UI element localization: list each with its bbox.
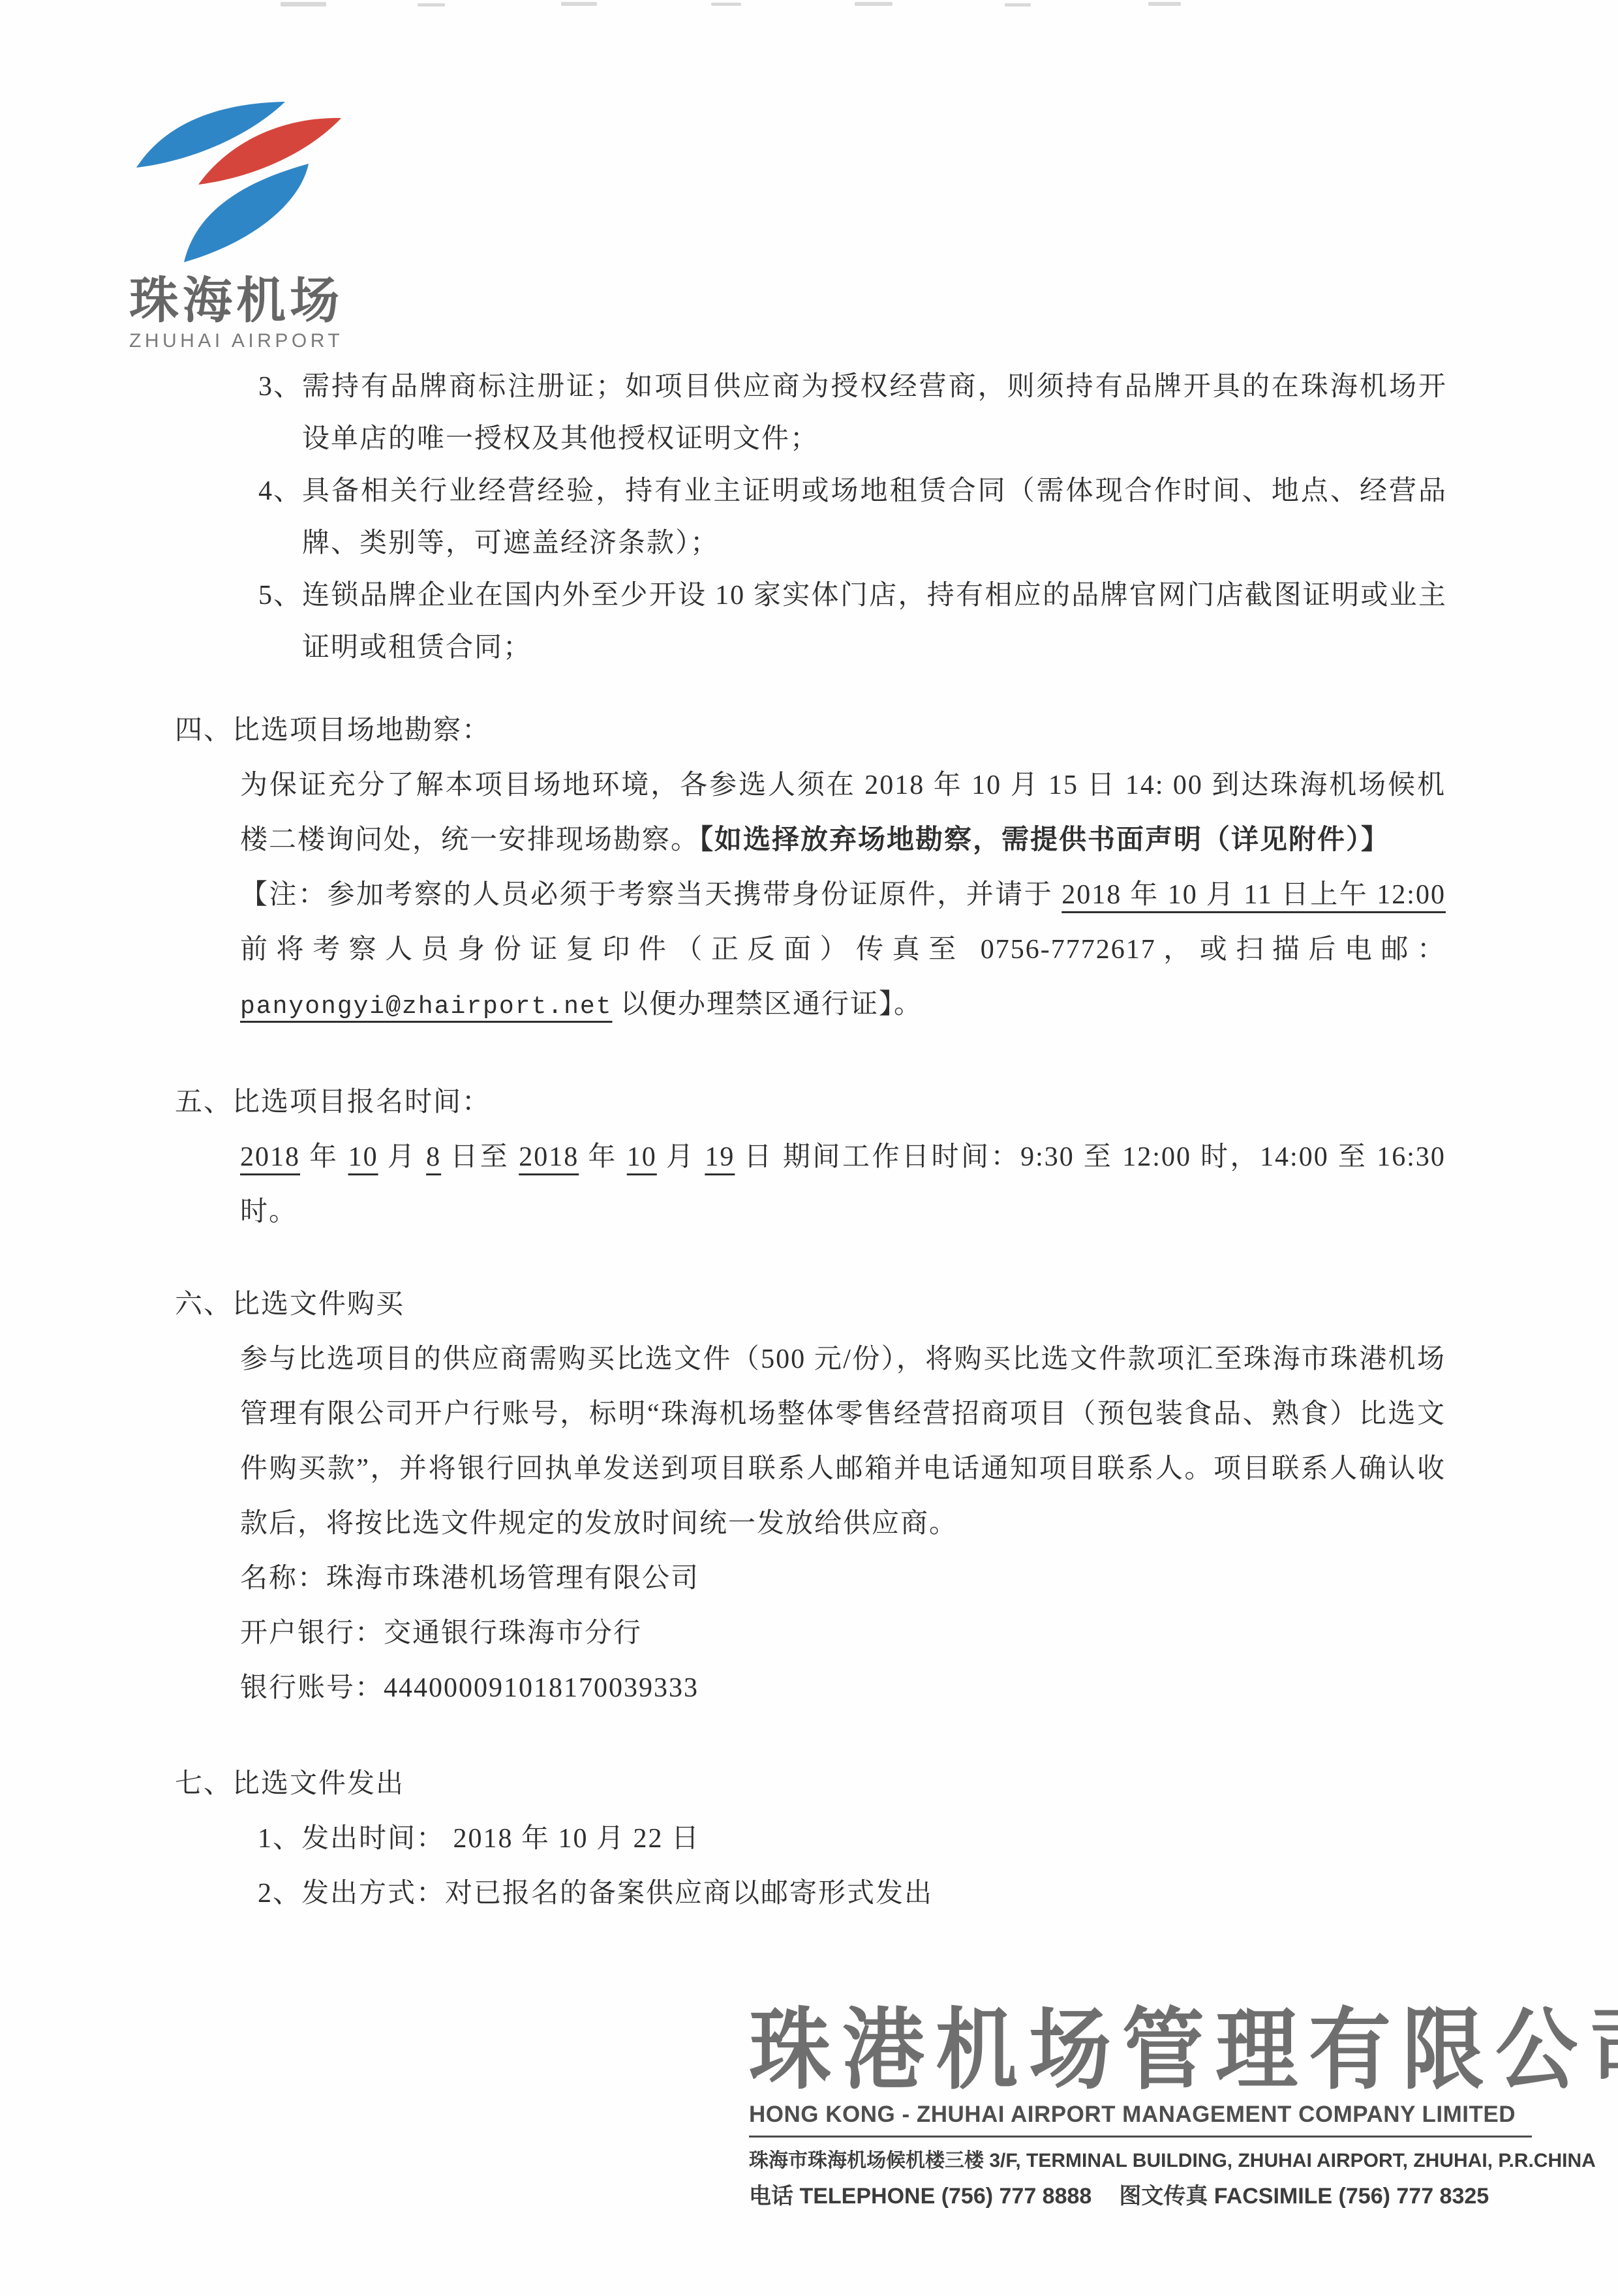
purchase-paragraph: 参与比选项目的供应商需购买比选文件（500 元/份），将购买比选文件款项汇至珠海… — [240, 1332, 1446, 1551]
list-item-text: 需持有品牌商标注册证；如项目供应商为授权经营商，则须持有品牌开具的在珠海机场开设… — [302, 361, 1447, 465]
company-footer: 珠港机场管理有限公司 HONG KONG - ZHUHAI AIRPORT MA… — [749, 2004, 1537, 2210]
logo-english-name: ZHUHAI AIRPORT — [129, 330, 364, 352]
bank-line: 开户银行：交通银行珠海市分行 — [240, 1606, 1446, 1661]
payee-name-line: 名称：珠海市珠港机场管理有限公司 — [240, 1551, 1446, 1606]
scan-artifact — [711, 3, 741, 6]
section-site-survey: 四、比选项目场地勘察： 为保证充分了解本项目场地环境，各参选人须在 2018 年… — [175, 703, 1447, 1035]
section-heading: 五、比选项目报名时间： — [175, 1075, 1447, 1130]
list-item: 4、 具备相关行业经营经验，持有业主证明或场地租赁合同（需体现合作时间、地点、经… — [258, 465, 1447, 569]
list-item-text: 连锁品牌企业在国内外至少开设 10 家实体门店，持有相应的品牌官网门店截图证明或… — [302, 569, 1447, 674]
airport-logo-swooshes — [133, 98, 355, 269]
footer-facsimile: 图文传真 FACSIMILE (756) 777 8325 — [1119, 2184, 1489, 2209]
footer-contact-line: 电话 TELEPHONE (756) 777 8888图文传真 FACSIMIL… — [749, 2178, 1537, 2210]
footer-company-name-en: HONG KONG - ZHUHAI AIRPORT MANAGEMENT CO… — [749, 2102, 1537, 2128]
list-item: 3、 需持有品牌商标注册证；如项目供应商为授权经营商，则须持有品牌开具的在珠海机… — [258, 361, 1447, 465]
footer-telephone: 电话 TELEPHONE (756) 777 8888 — [749, 2184, 1091, 2209]
section-heading: 四、比选项目场地勘察： — [175, 703, 1447, 758]
scan-artifact — [1005, 3, 1031, 7]
list-item-number: 3、 — [258, 361, 302, 413]
date-part: 8 — [426, 1142, 441, 1172]
scan-artifact — [855, 2, 893, 6]
date-part: 年 — [579, 1142, 627, 1172]
document-page: 珠海机场 ZHUHAI AIRPORT 3、 需持有品牌商标注册证；如项目供应商… — [0, 0, 1618, 2296]
date-part: 2018 — [240, 1142, 300, 1172]
note-text: 【注：参加考察的人员必须于考察当天携带身份证原件，并请于 — [240, 880, 1061, 910]
section-paragraph: 为保证充分了解本项目场地环境，各参选人须在 2018 年 10 月 15 日 1… — [240, 758, 1446, 868]
footer-company-name-cn: 珠港机场管理有限公司 — [749, 2004, 1537, 2097]
account-number-line: 银行账号：444000091018170039333 — [240, 1661, 1446, 1715]
section-document-purchase: 六、比选文件购买 参与比选项目的供应商需购买比选文件（500 元/份），将购买比… — [175, 1277, 1447, 1715]
section-heading: 六、比选文件购买 — [175, 1277, 1447, 1332]
contact-email: panyongyi@zhairport.net — [240, 993, 613, 1021]
date-part: 10 — [348, 1142, 378, 1172]
date-part: 10 — [627, 1142, 657, 1172]
issue-method-item: 2、发出方式：对已报名的备案供应商以邮寄形式发出 — [258, 1866, 1447, 1921]
note-text: 以便办理禁区通行证】。 — [613, 989, 923, 1020]
scan-artifact — [561, 2, 597, 6]
registration-period: 2018 年 10 月 8 日至 2018 年 10 月 19 日 期间工作日时… — [240, 1130, 1446, 1239]
footer-address: 珠海市珠海机场候机楼三楼 3/F, TERMINAL BUILDING, ZHU… — [749, 2144, 1537, 2173]
section-note: 【注：参加考察的人员必须于考察当天携带身份证原件，并请于 2018 年 10 月… — [240, 868, 1446, 1035]
list-item-number: 5、 — [258, 569, 302, 622]
note-deadline: 2018 年 10 月 11 日上午 12:00 — [1061, 880, 1446, 910]
qualification-list: 3、 需持有品牌商标注册证；如项目供应商为授权经营商，则须持有品牌开具的在珠海机… — [258, 361, 1447, 674]
list-item-number: 4、 — [258, 465, 302, 517]
section-document-issue: 七、比选文件发出 1、发出时间： 2018 年 10 月 22 日 2、发出方式… — [175, 1757, 1447, 1921]
scan-artifact — [418, 3, 445, 7]
date-part: 19 — [705, 1142, 735, 1172]
scan-artifact — [1148, 2, 1181, 6]
date-part: 年 — [300, 1142, 348, 1172]
survey-waiver-note: 【如选择放弃场地勘察，需提供书面声明（详见附件）】 — [699, 825, 1390, 855]
issue-time-item: 1、发出时间： 2018 年 10 月 22 日 — [258, 1811, 1447, 1866]
section-heading: 七、比选文件发出 — [175, 1757, 1447, 1811]
list-item: 5、 连锁品牌企业在国内外至少开设 10 家实体门店，持有相应的品牌官网门店截图… — [258, 569, 1447, 674]
logo-chinese-name: 珠海机场 — [129, 275, 364, 327]
zhuhai-airport-logo: 珠海机场 ZHUHAI AIRPORT — [129, 98, 364, 352]
date-part: 日至 — [441, 1142, 519, 1172]
list-item-text: 具备相关行业经营经验，持有业主证明或场地租赁合同（需体现合作时间、地点、经营品牌… — [302, 465, 1447, 569]
scan-artifact — [281, 2, 326, 7]
date-part: 月 — [657, 1142, 705, 1172]
date-part: 月 — [378, 1142, 427, 1172]
date-part: 2018 — [519, 1142, 579, 1172]
footer-divider — [749, 2136, 1532, 2137]
section-registration-time: 五、比选项目报名时间： 2018 年 10 月 8 日至 2018 年 10 月… — [175, 1075, 1447, 1239]
note-text: 前将考察人员身份证复印件（正反面）传真至 0756-7772617，或扫描后电邮… — [240, 935, 1446, 965]
